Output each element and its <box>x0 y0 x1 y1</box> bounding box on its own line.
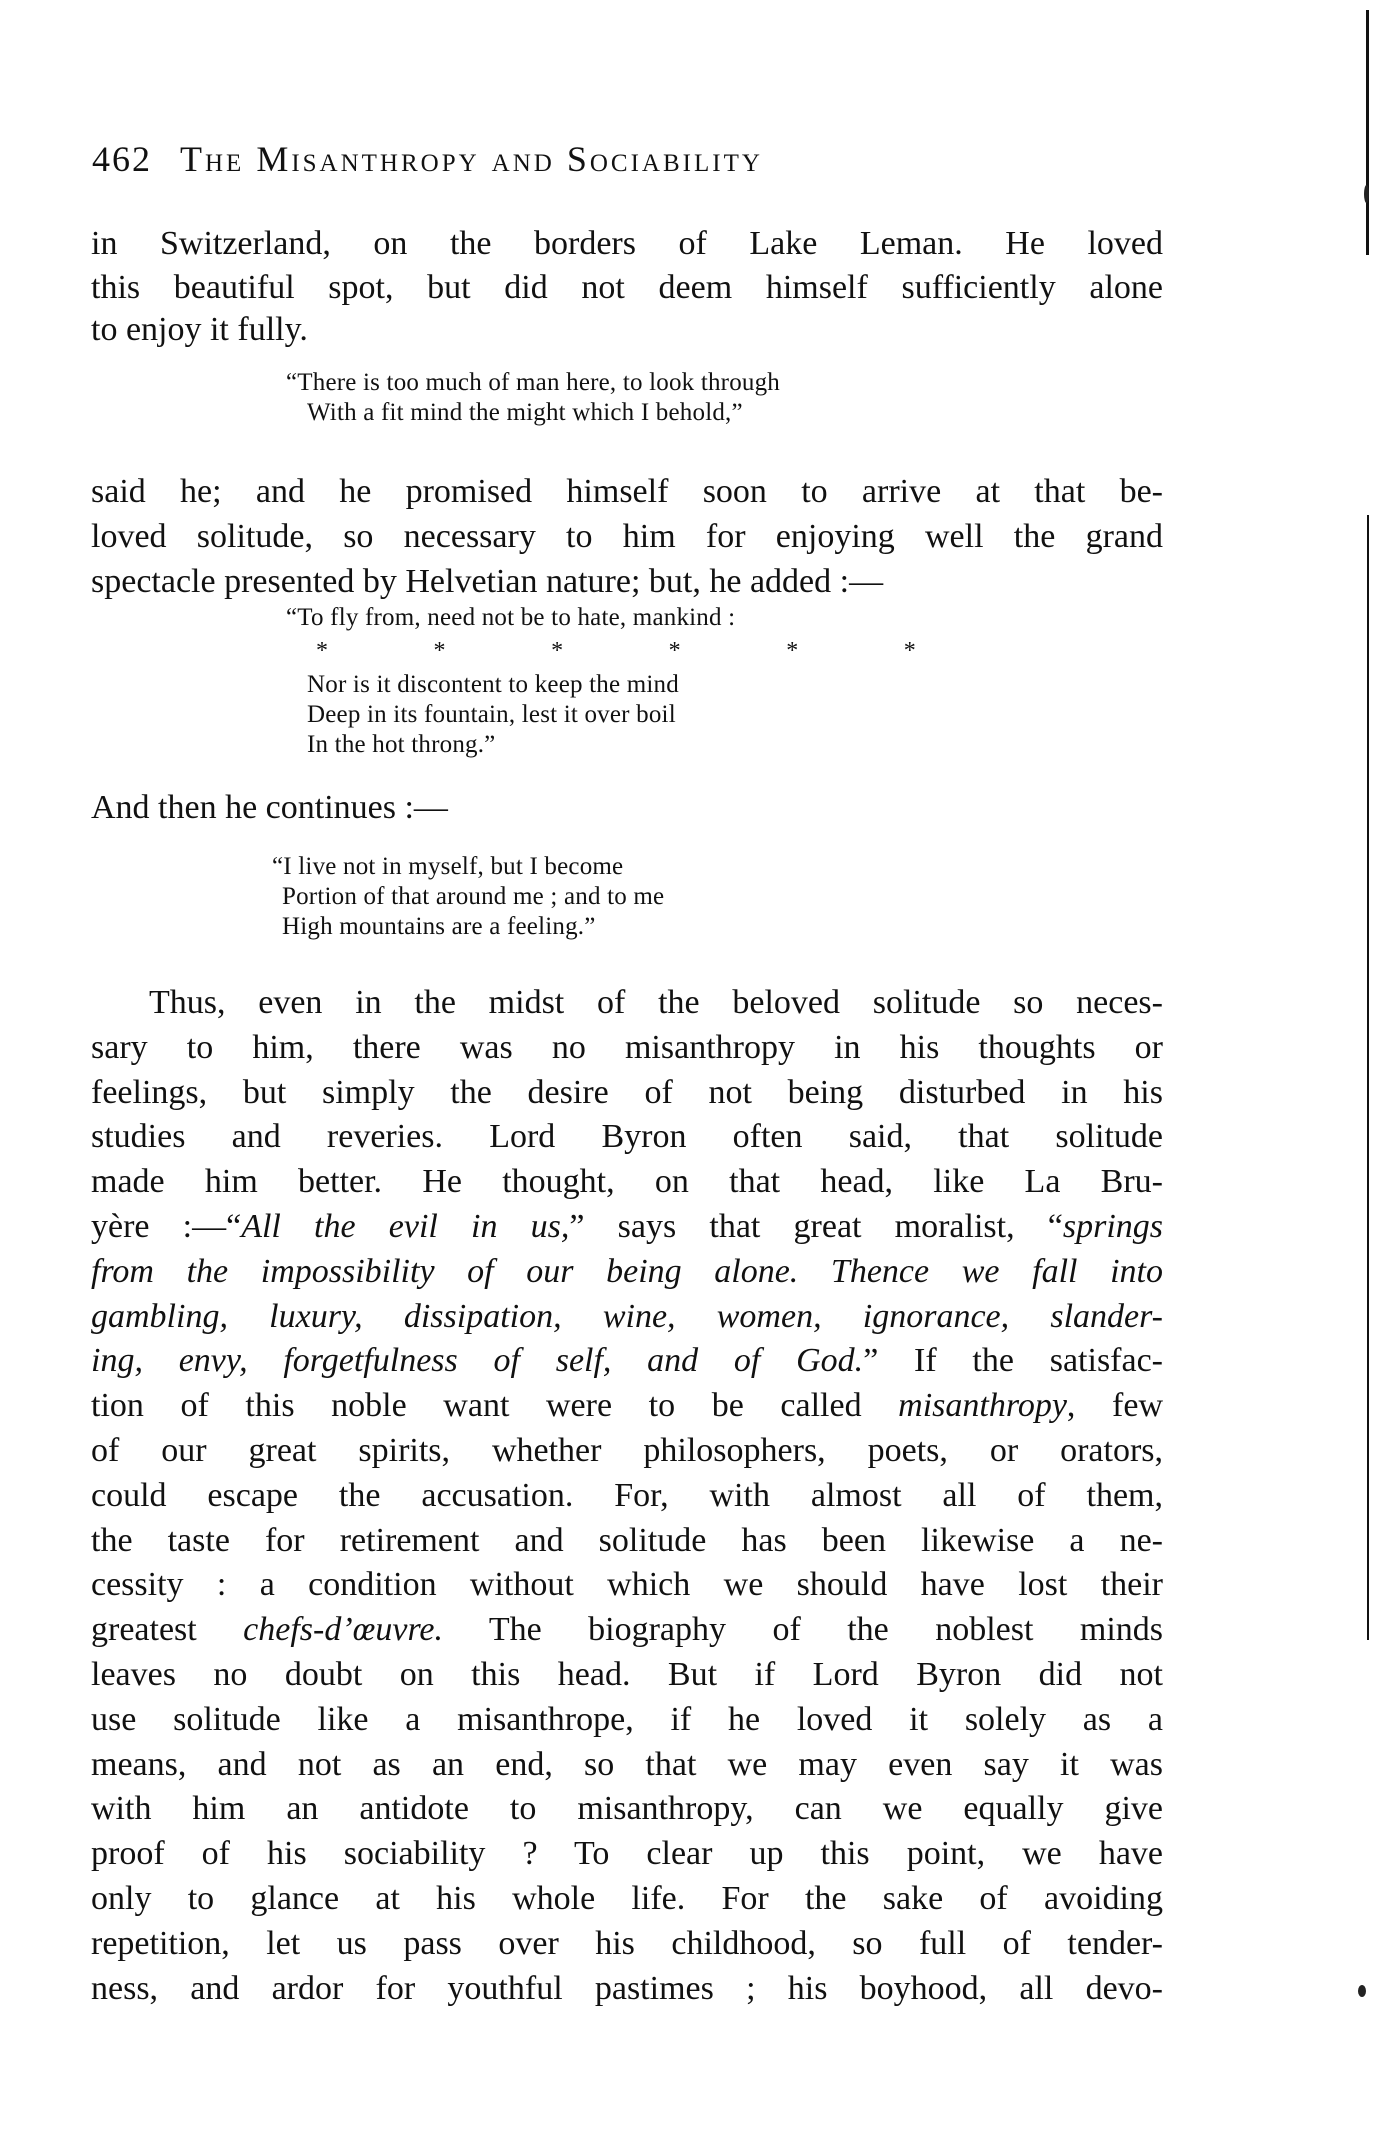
text-line: sary to him, there was no misanthropy in… <box>91 1026 1163 1070</box>
verse-line: In the hot throng.” <box>307 730 495 760</box>
text-line: this beautiful spot, but did not deem hi… <box>91 266 1163 310</box>
verse-line: “I live not in myself, but I become <box>272 852 623 882</box>
asterisk: * <box>904 636 916 666</box>
text-line: repetition, let us pass over his childho… <box>91 1922 1163 1966</box>
asterisk: * <box>316 636 328 666</box>
roman-text: tion of this noble want were to be calle… <box>91 1387 898 1424</box>
text-line: with him an antidote to misanthropy, can… <box>91 1787 1163 1831</box>
roman-text: yère :—“ <box>91 1208 241 1245</box>
italic-text: springs <box>1063 1208 1163 1245</box>
verse-line: High mountains are a feeling.” <box>282 912 596 942</box>
verse-line: Portion of that around me ; and to me <box>282 882 664 912</box>
text-line: of our great spirits, whether philosophe… <box>91 1429 1163 1473</box>
text-line: said he; and he promised himself soon to… <box>91 470 1163 514</box>
text-line: from the impossibility of our being alon… <box>91 1250 1163 1294</box>
text-line: leaves no doubt on this head. But if Lor… <box>91 1653 1163 1697</box>
text-line: in Switzerland, on the borders of Lake L… <box>91 222 1163 266</box>
scan-mark <box>1358 1985 1366 1997</box>
asterisk: * <box>786 636 798 666</box>
roman-text: ” says that great moralist, “ <box>569 1208 1062 1245</box>
roman-text: ” If the satisfac- <box>863 1342 1163 1379</box>
verse-line: With a fit mind the might which I behold… <box>307 398 743 428</box>
verse-line: Deep in its fountain, lest it over boil <box>307 700 676 730</box>
text-line: Thus, even in the midst of the beloved s… <box>91 981 1163 1025</box>
italic-text: All the evil in us, <box>241 1208 569 1245</box>
text-line: cessity : a condition without which we s… <box>91 1563 1163 1607</box>
italic-text: misanthropy <box>898 1387 1067 1424</box>
text-line: made him better. He thought, on that hea… <box>91 1160 1163 1204</box>
asterisk: * <box>434 636 446 666</box>
italic-text: ing, envy, forgetfulness of self, and of… <box>91 1342 863 1379</box>
text-line: ing, envy, forgetfulness of self, and of… <box>91 1339 1163 1383</box>
text-line: spectacle presented by Helvetian nature;… <box>91 560 1163 604</box>
running-header: 462 The Misanthropy and Sociability <box>92 138 1050 180</box>
verse-line: Nor is it discontent to keep the mind <box>307 670 679 700</box>
italic-text: gambling, luxury, dissipation, wine, wom… <box>91 1298 1163 1335</box>
text-line: ness, and ardor for youthful pastimes ; … <box>91 1967 1163 2011</box>
text-line: yère :—“All the evil in us,” says that g… <box>91 1205 1163 1249</box>
italic-text: chefs-d’œuvre. <box>243 1611 443 1648</box>
scan-mark <box>1364 185 1369 203</box>
roman-text: greatest <box>91 1611 243 1648</box>
scan-edge-line-middle <box>1367 515 1369 1640</box>
text-line: greatest chefs-d’œuvre. The biography of… <box>91 1608 1163 1652</box>
paragraph-3: And then he continues :— <box>91 786 1163 830</box>
roman-text: The biography of the noblest minds <box>443 1611 1163 1648</box>
asterisk: * <box>669 636 681 666</box>
running-title: The Misanthropy and Sociability <box>180 138 763 180</box>
text-line: studies and reveries. Lord Byron often s… <box>91 1115 1163 1159</box>
roman-text: , few <box>1067 1387 1163 1424</box>
text-line: proof of his sociability ? To clear up t… <box>91 1832 1163 1876</box>
text-line: use solitude like a misanthrope, if he l… <box>91 1698 1163 1742</box>
text-line: could escape the accusation. For, with a… <box>91 1474 1163 1518</box>
verse-line: “There is too much of man here, to look … <box>286 368 780 398</box>
ellipsis-asterisks: * * * * * * <box>316 636 916 666</box>
italic-text: from the impossibility of our being alon… <box>91 1253 1163 1290</box>
text-line: only to glance at his whole life. For th… <box>91 1877 1163 1921</box>
text-line: gambling, luxury, dissipation, wine, wom… <box>91 1295 1163 1339</box>
scan-edge-line-top <box>1366 10 1369 255</box>
verse-line: “To fly from, need not be to hate, manki… <box>286 603 735 633</box>
text-line: to enjoy it fully. <box>91 308 1163 352</box>
book-page: 462 The Misanthropy and Sociability in S… <box>0 0 1389 2137</box>
page-number: 462 <box>92 138 152 180</box>
text-line: the taste for retirement and solitude ha… <box>91 1519 1163 1563</box>
text-line: tion of this noble want were to be calle… <box>91 1384 1163 1428</box>
text-line: feelings, but simply the desire of not b… <box>91 1071 1163 1115</box>
text-line: means, and not as an end, so that we may… <box>91 1743 1163 1787</box>
text-line: loved solitude, so necessary to him for … <box>91 515 1163 559</box>
asterisk: * <box>551 636 563 666</box>
